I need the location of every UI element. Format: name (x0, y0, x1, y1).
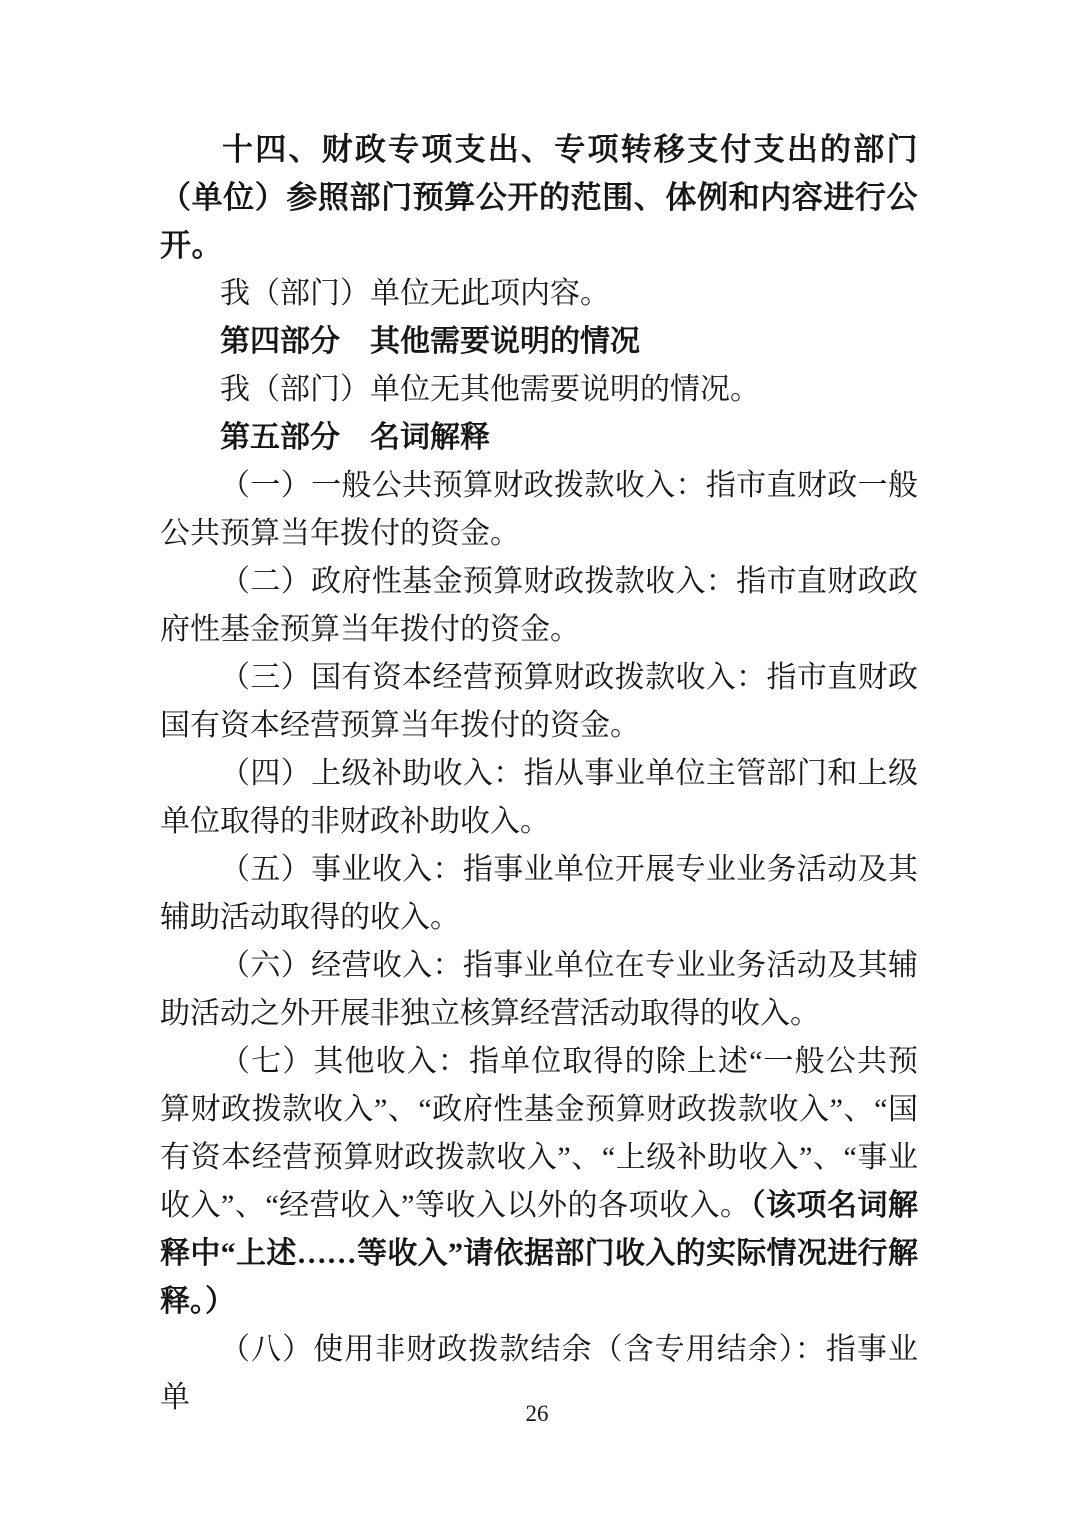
term-definition-3: （三）国有资本经营预算财政拨款收入：指市直财政国有资本经营预算当年拨付的资金。 (160, 654, 918, 750)
paragraph-no-content: 我（部门）单位无此项内容。 (160, 270, 918, 318)
paragraph-no-other-notes: 我（部门）单位无其他需要说明的情况。 (160, 366, 918, 414)
document-page: 十四、财政专项支出、专项转移支付支出的部门（单位）参照部门预算公开的范围、体例和… (0, 0, 1074, 1520)
term-definition-7: （七）其他收入：指单位取得的除上述“一般公共预算财政拨款收入”、“政府性基金预算… (160, 1038, 918, 1326)
term-definition-4: （四）上级补助收入：指从事业单位主管部门和上级单位取得的非财政补助收入。 (160, 750, 918, 846)
term-definition-5: （五）事业收入：指事业单位开展专业业务活动及其辅助活动取得的收入。 (160, 846, 918, 942)
term-definition-1: （一）一般公共预算财政拨款收入：指市直财政一般公共预算当年拨付的资金。 (160, 462, 918, 558)
term-definition-2: （二）政府性基金预算财政拨款收入：指市直财政政府性基金预算当年拨付的资金。 (160, 558, 918, 654)
document-body: 十四、财政专项支出、专项转移支付支出的部门（单位）参照部门预算公开的范围、体例和… (160, 126, 918, 1422)
part-four-heading: 第四部分 其他需要说明的情况 (160, 318, 918, 366)
page-number: 26 (0, 1398, 1074, 1430)
section-heading-14: 十四、财政专项支出、专项转移支付支出的部门（单位）参照部门预算公开的范围、体例和… (160, 126, 918, 270)
part-five-heading: 第五部分 名词解释 (160, 414, 918, 462)
term-definition-6: （六）经营收入：指事业单位在专业业务活动及其辅助活动之外开展非独立核算经营活动取… (160, 942, 918, 1038)
